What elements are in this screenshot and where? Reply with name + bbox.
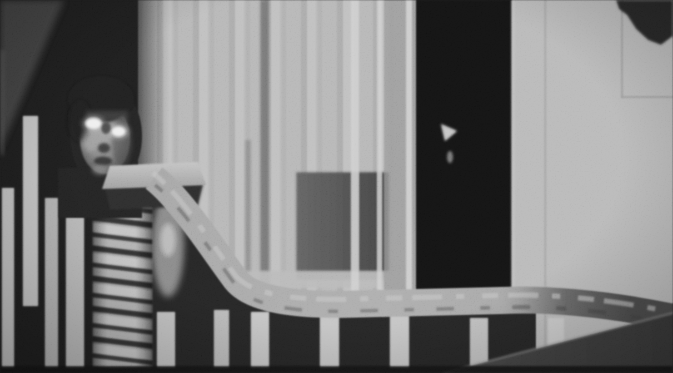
door-right-edge-shade xyxy=(384,0,418,322)
left-eye-glow xyxy=(86,118,102,129)
baluster xyxy=(214,310,229,368)
chin-highlight xyxy=(92,165,108,175)
mouth-shadow xyxy=(94,157,112,166)
scene-svg xyxy=(0,0,673,373)
picture-frame-vertical-line xyxy=(621,0,623,98)
doorway-void xyxy=(416,0,514,320)
ghost-boy-staircase-photograph xyxy=(0,0,673,373)
dark-doorway xyxy=(416,0,514,320)
baluster xyxy=(66,205,84,368)
doorway-light-speck-small xyxy=(447,151,453,163)
newel-shaft-shading xyxy=(93,202,152,368)
baluster xyxy=(390,316,409,368)
photo-paint-layer xyxy=(0,0,673,373)
door-edge-highlight-2 xyxy=(377,0,382,320)
doorway-casing-highlight xyxy=(511,0,515,320)
door-groove-line xyxy=(260,0,269,290)
nose-shadow xyxy=(98,143,110,153)
baluster xyxy=(23,116,38,306)
right-eye-glow xyxy=(112,127,126,137)
door-groove-line-2 xyxy=(245,140,251,290)
bottom-dark-strip xyxy=(0,366,673,373)
door-edge-highlight-1 xyxy=(351,0,359,320)
handrail-start-highlight xyxy=(161,224,175,256)
nose-bridge-shadow xyxy=(101,122,111,134)
baluster xyxy=(251,312,269,368)
picture-frame-horizontal-line xyxy=(621,96,673,98)
baluster xyxy=(320,314,339,368)
door-panel-shadowed xyxy=(296,172,389,280)
left-edge-highlight xyxy=(0,50,4,155)
baluster xyxy=(2,188,14,368)
baluster xyxy=(45,198,58,368)
cheek-highlight xyxy=(82,128,98,152)
door-edge-highlight-3 xyxy=(406,0,412,320)
baluster xyxy=(157,312,175,368)
